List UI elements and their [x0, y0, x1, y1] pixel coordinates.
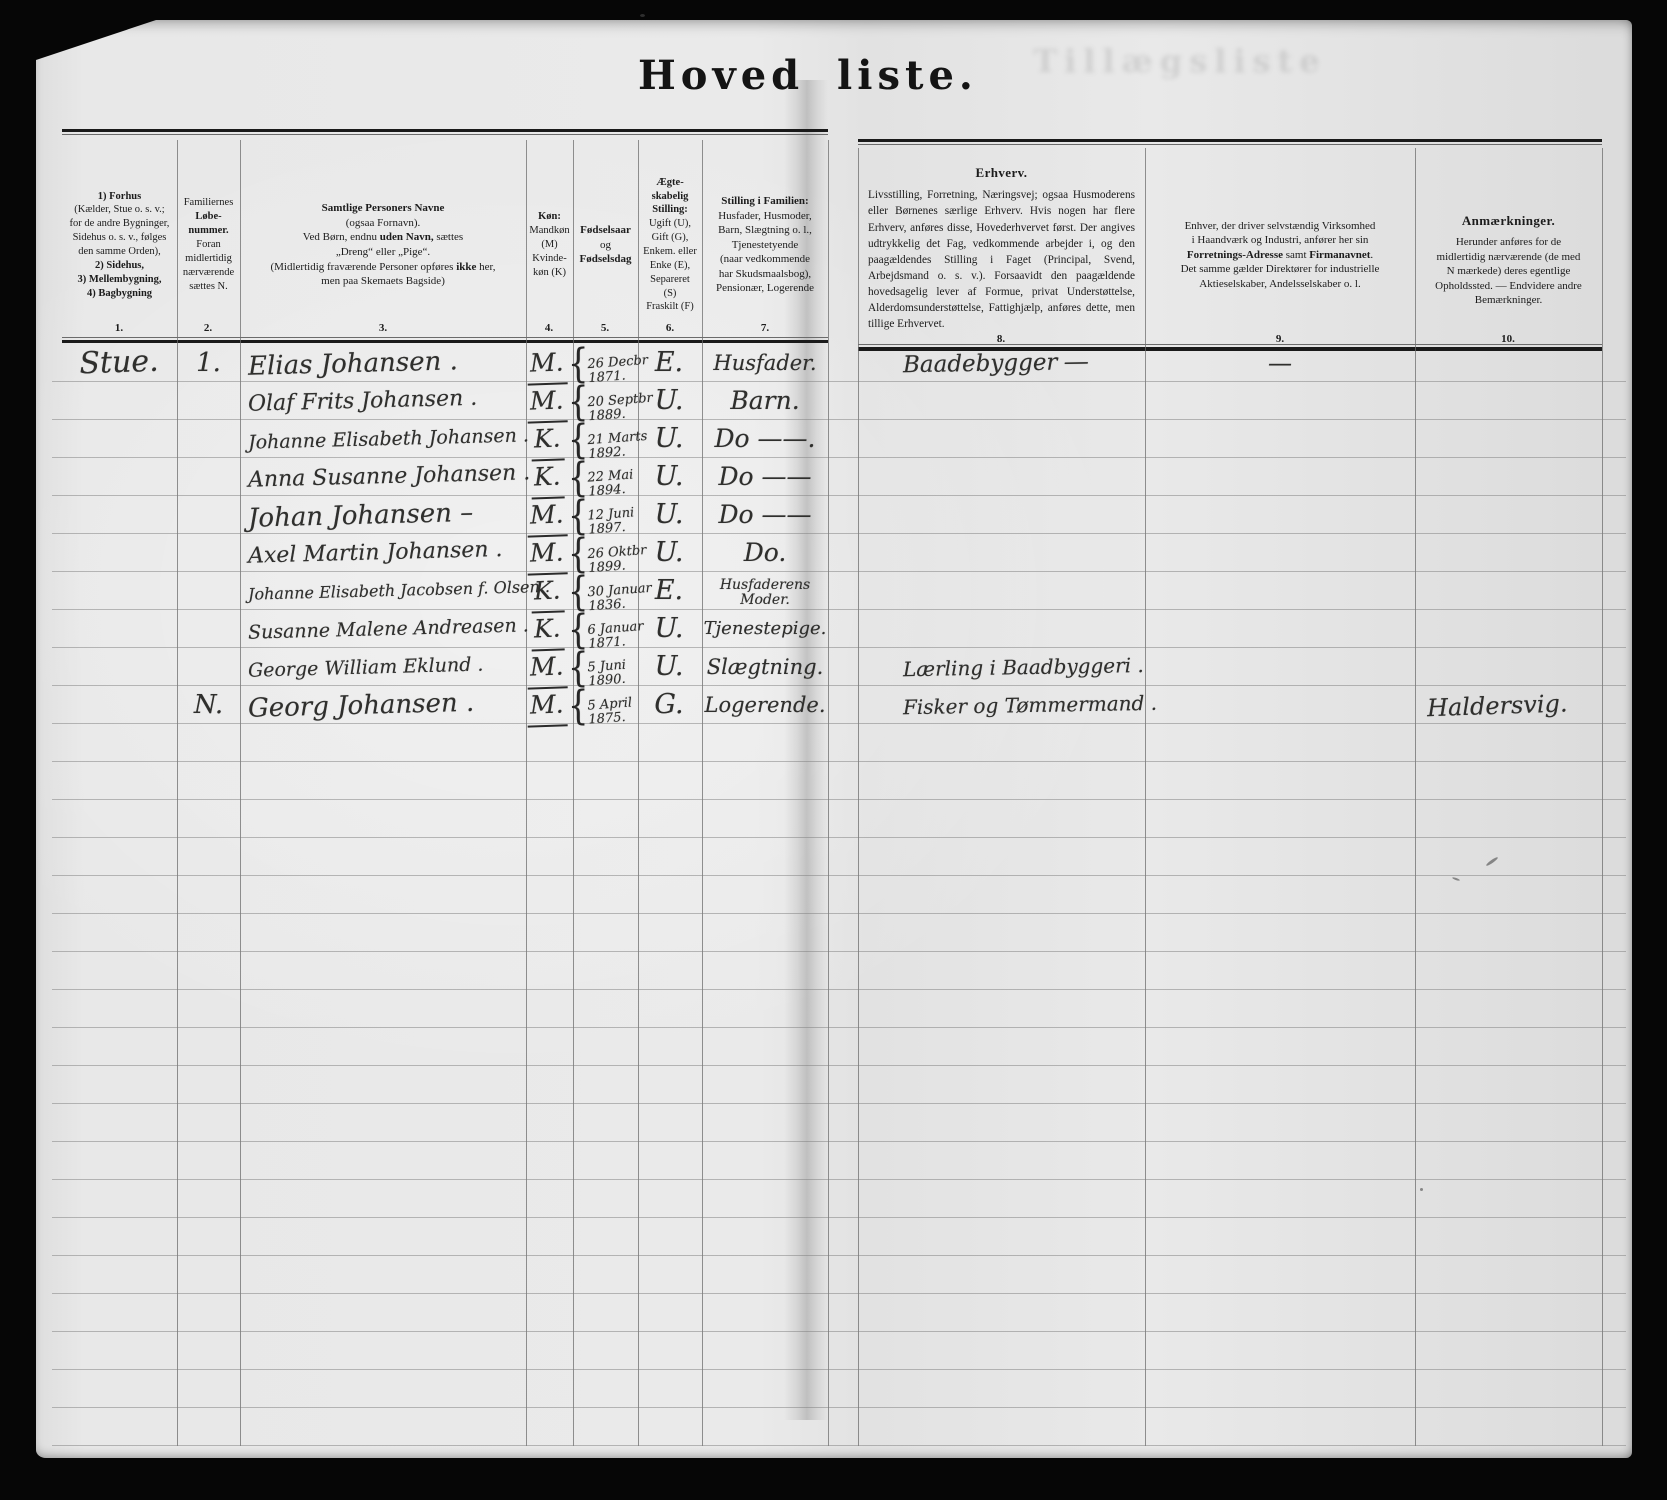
cell-marital: E. — [636, 344, 702, 382]
header-line: (naar vedkommende — [702, 252, 828, 267]
column-header-col6: Ægte-skabeligStilling:Ugift (U),Gift (G)… — [638, 145, 702, 345]
header-text: Det samme gælder Direktører for industri… — [1181, 263, 1380, 275]
column-header-title: Erhverv. — [858, 164, 1145, 181]
header-text: (Kælder, Stue o. s. v.; — [74, 204, 164, 215]
birth-date: 5 April1875. — [587, 697, 634, 728]
cell-marital: U. — [636, 648, 702, 686]
header-text: nummer. — [188, 225, 228, 236]
header-text: Kvinde- — [532, 253, 566, 264]
header-text: i Haandværk og Industri, anfører her sin — [1192, 234, 1369, 246]
header-line: men paa Skemaets Bagside) — [240, 274, 526, 289]
header-text: Mandkøn — [529, 225, 569, 236]
header-line: Fraskilt (F) — [638, 300, 702, 314]
header-text: (ogsaa Fornavn). — [346, 217, 421, 229]
table-row: Stue.1.Elias Johansen .M.{26 Decbr1871.E… — [0, 344, 1667, 382]
header-line: Barn, Slægtning o. l., — [702, 223, 828, 238]
cell-family-position: Do —— — [700, 458, 830, 496]
cell-marital: G. — [636, 686, 702, 724]
header-text: køn (K) — [533, 267, 566, 278]
header-text: samt — [1283, 249, 1309, 261]
table-row: Olaf Frits Johansen .M.{20 Septbr1889.U.… — [0, 382, 1667, 420]
brace-glyph: { — [568, 681, 588, 729]
header-text: Separeret — [650, 274, 690, 285]
header-text: 3) Mellembygning, — [78, 274, 162, 285]
header-text: Herunder anføres for de — [1456, 236, 1561, 248]
cell-marital: U. — [636, 496, 702, 534]
table-row: George William Eklund .M.{5 Juni1890.U.S… — [0, 648, 1667, 686]
cell-marital: E. — [636, 572, 702, 610]
cell-address: — — [1145, 344, 1415, 382]
header-line: (Midlertidig fraværende Personer opføres… — [240, 260, 526, 275]
cell-family-position: Tjenestepige. — [700, 610, 830, 648]
header-line: Foran — [177, 238, 240, 252]
sex-letter: M. — [527, 685, 568, 727]
header-line: nærværende — [177, 266, 240, 280]
column-header-col2: FamiliernesLøbe-nummer.Foranmidlertidign… — [177, 160, 240, 330]
header-line: Samtlige Personers Navne — [240, 201, 526, 216]
header-line: Enke (E), — [638, 259, 702, 273]
cell-family-position: Do ——. — [700, 420, 830, 458]
header-text: sættes N. — [189, 281, 228, 292]
table-row: Susanne Malene Andreasen .K.{6 Januar187… — [0, 610, 1667, 648]
header-text: midlertidig nærværende (de med — [1437, 251, 1581, 263]
cell-family-position: Husfaderens Moder. — [700, 578, 830, 607]
header-line: Mandkøn — [526, 224, 573, 238]
header-line: Herunder anføres for de — [1415, 235, 1602, 250]
header-text: 2) Sidehus, — [95, 260, 144, 271]
column-header-paragraph: Livsstilling, Forretning, Næringsvej; og… — [858, 187, 1145, 331]
header-line: 2) Sidehus, — [62, 259, 177, 273]
header-text: Enkem. eller — [643, 246, 697, 257]
header-text: Familiernes — [184, 197, 234, 208]
header-text: Firmanavnet — [1309, 249, 1370, 261]
cell-marital: U. — [636, 382, 702, 420]
cell-family-number: N. — [177, 686, 240, 724]
header-line: Pensionær, Logerende — [702, 281, 828, 296]
header-line: Enhver, der driver selvstændig Virksomhe… — [1145, 219, 1415, 234]
header-text: (naar vedkommende — [720, 253, 810, 265]
cell-family-position: Slægtning. — [700, 648, 830, 686]
header-line: Enkem. eller — [638, 245, 702, 259]
header-text: Køn: — [538, 211, 561, 222]
header-text: Fraskilt (F) — [646, 301, 694, 312]
cell-marital: U. — [636, 534, 702, 572]
table-row: Johanne Elisabeth Johansen .K.{21 Marts1… — [0, 420, 1667, 458]
header-text: (M) — [541, 239, 557, 250]
header-text: Stilling i Familien: — [721, 195, 808, 207]
header-text: Bemærkninger. — [1475, 294, 1543, 306]
header-text: Enhver, der driver selvstændig Virksomhe… — [1185, 220, 1376, 232]
header-text: Enke (E), — [650, 260, 690, 271]
column-header-col4: Køn:Mandkøn(M)Kvinde-køn (K) — [526, 160, 573, 330]
header-text: uden Navn, — [380, 231, 434, 243]
cell-marital: U. — [636, 610, 702, 648]
header-text: har Skudsmaalsbog), — [719, 268, 811, 280]
cell-remarks: Haldersvig. — [1414, 682, 1627, 727]
cell-marital: U. — [636, 420, 702, 458]
cell-birth: {5 April1875. — [568, 686, 640, 732]
header-text: Fødselsdag — [580, 253, 632, 265]
header-text: Løbe- — [195, 211, 221, 222]
header-line: midlertidig — [177, 252, 240, 266]
header-line: Køn: — [526, 210, 573, 224]
scanned-census-document: Hoved liste. Tillægsliste 1.2.3.4.5.6.7.… — [0, 0, 1667, 1500]
header-text: 4) Bagbygning — [87, 288, 152, 299]
cell-marital: U. — [636, 458, 702, 496]
header-text: Husfader, Husmoder, — [718, 210, 812, 222]
header-line: Ægte- — [638, 176, 702, 190]
column-header-col10: Anmærkninger.Herunder anføres for demidl… — [1415, 185, 1602, 335]
header-text: Foran — [196, 239, 221, 250]
header-line: sættes N. — [177, 280, 240, 294]
header-line: for de andre Bygninger, — [62, 217, 177, 231]
header-line: Gift (G), — [638, 231, 702, 245]
header-line: Ved Børn, endnu uden Navn, sættes — [240, 230, 526, 245]
table-row: Anna Susanne Johansen .K.{22 Mai1894.U.D… — [0, 458, 1667, 496]
header-text: her, — [476, 261, 495, 273]
header-line: Fødselsaar — [573, 223, 638, 238]
header-line: (M) — [526, 238, 573, 252]
header-line: Fødselsdag — [573, 252, 638, 267]
column-header-col5: FødselsaarogFødselsdag — [573, 160, 638, 330]
cell-building: Stue. — [61, 342, 176, 384]
cell-occupation: Lærling i Baadbyggeri . — [858, 645, 1204, 689]
table-row: N.Georg Johansen .M.{5 April1875.G.Loger… — [0, 686, 1667, 724]
header-text: 1) Forhus — [98, 191, 141, 202]
header-line: Bemærkninger. — [1415, 293, 1602, 308]
header-line: (Kælder, Stue o. s. v.; — [62, 203, 177, 217]
cell-family-number: 1. — [177, 344, 240, 382]
header-line: Forretnings-Adresse samt Firmanavnet. — [1145, 248, 1415, 263]
header-text: for de andre Bygninger, — [70, 218, 170, 229]
header-line: Stilling: — [638, 203, 702, 217]
header-line: den samme Orden), — [62, 245, 177, 259]
header-text: . — [1370, 249, 1373, 261]
header-text: skabelig — [652, 191, 689, 202]
header-line: (S) — [638, 287, 702, 301]
header-line: N mærkede) deres egentlige — [1415, 264, 1602, 279]
header-text: midlertidig — [185, 253, 232, 264]
header-line: Tjenestetyende — [702, 238, 828, 253]
header-text: Aktieselskaber, Andelsselskaber o. l. — [1199, 278, 1360, 290]
cell-occupation: Fisker og Tømmermand . — [858, 683, 1204, 727]
header-line: køn (K) — [526, 266, 573, 280]
header-line: i Haandværk og Industri, anfører her sin — [1145, 233, 1415, 248]
table-row: Axel Martin Johansen .M.{26 Oktbr1899.U.… — [0, 534, 1667, 572]
cell-family-position: Husfader. — [700, 344, 830, 382]
column-header-title: Anmærkninger. — [1415, 212, 1602, 229]
column-header-col1: 1) Forhus(Kælder, Stue o. s. v.;for de a… — [62, 160, 177, 330]
header-line: Stilling i Familien: — [702, 194, 828, 209]
header-text: N mærkede) deres egentlige — [1447, 265, 1571, 277]
header-text: nærværende — [183, 267, 234, 278]
header-text: ikke — [456, 261, 476, 273]
header-text: sættes — [434, 231, 464, 243]
cell-family-position: Barn. — [700, 382, 830, 420]
header-text: Samtlige Personers Navne — [322, 202, 445, 214]
header-line: Det samme gælder Direktører for industri… — [1145, 262, 1415, 277]
header-line: Husfader, Husmoder, — [702, 209, 828, 224]
header-text: Tjenestetyende — [732, 239, 799, 251]
cell-family-position: Do —— — [700, 496, 830, 534]
column-header-col3: Samtlige Personers Navne(ogsaa Fornavn).… — [240, 160, 526, 330]
cell-sex: M. — [522, 686, 572, 727]
header-text: Ugift (U), — [649, 218, 691, 229]
header-text: Barn, Slægtning o. l., — [718, 224, 812, 236]
header-text: Ægte- — [656, 177, 683, 188]
header-line: Familiernes — [177, 196, 240, 210]
header-text: men paa Skemaets Bagside) — [321, 275, 445, 287]
cell-name: Georg Johansen . — [240, 682, 541, 728]
header-text: Ved Børn, endnu — [303, 231, 380, 243]
header-line: har Skudsmaalsbog), — [702, 267, 828, 282]
rule — [858, 139, 1602, 142]
header-line: skabelig — [638, 190, 702, 204]
header-text: (Midlertidig fraværende Personer opføres — [270, 261, 456, 273]
paper-speck — [640, 14, 645, 17]
rule — [858, 144, 1602, 145]
header-line: Sidehus o. s. v., følges — [62, 231, 177, 245]
header-line: Ugift (U), — [638, 217, 702, 231]
header-line: (ogsaa Fornavn). — [240, 216, 526, 231]
cell-family-position: Do. — [700, 534, 830, 572]
header-text: Forretnings-Adresse — [1187, 249, 1283, 261]
table-row: Johanne Elisabeth Jacobsen f. Olsen .K.{… — [0, 572, 1667, 610]
table-row: Johan Johansen –M.{12 Juni1897.U.Do —— — [0, 496, 1667, 534]
column-header-col9: Enhver, der driver selvstændig Virksomhe… — [1145, 170, 1415, 340]
header-line: 4) Bagbygning — [62, 287, 177, 301]
header-line: Løbe- — [177, 210, 240, 224]
header-line: Opholdssted. — Endvidere andre — [1415, 279, 1602, 294]
header-line: 3) Mellembygning, — [62, 273, 177, 287]
header-line: „Dreng“ eller „Pige“. — [240, 245, 526, 260]
header-text: Stilling: — [652, 204, 688, 215]
header-text: Gift (G), — [652, 232, 689, 243]
header-line: og — [573, 238, 638, 253]
header-text: (S) — [664, 288, 677, 299]
cell-family-position: Logerende. — [700, 686, 830, 724]
rule — [62, 129, 828, 132]
header-line: Kvinde- — [526, 252, 573, 266]
header-line: Aktieselskaber, Andelsselskaber o. l. — [1145, 277, 1415, 292]
header-text: „Dreng“ eller „Pige“. — [336, 246, 430, 258]
header-line: Separeret — [638, 273, 702, 287]
header-text: og — [600, 239, 611, 251]
column-header-col8: Erhverv.Livsstilling, Forretning, Næring… — [858, 158, 1145, 338]
header-text: Sidehus o. s. v., følges — [73, 232, 167, 243]
header-text: den samme Orden), — [78, 246, 161, 257]
header-text: Pensionær, Logerende — [716, 282, 814, 294]
rule — [62, 134, 828, 135]
paper-speck — [1420, 1188, 1423, 1191]
bleedthrough-text: Tillægsliste — [1000, 42, 1360, 80]
header-text: Opholdssted. — Endvidere andre — [1435, 280, 1582, 292]
page-title: Hoved liste. — [638, 52, 938, 99]
header-text: Fødselsaar — [580, 224, 631, 236]
header-line: 1) Forhus — [62, 190, 177, 204]
header-line: midlertidig nærværende (de med — [1415, 250, 1602, 265]
header-line: nummer. — [177, 224, 240, 238]
column-header-col7: Stilling i Familien:Husfader, Husmoder,B… — [702, 160, 828, 330]
